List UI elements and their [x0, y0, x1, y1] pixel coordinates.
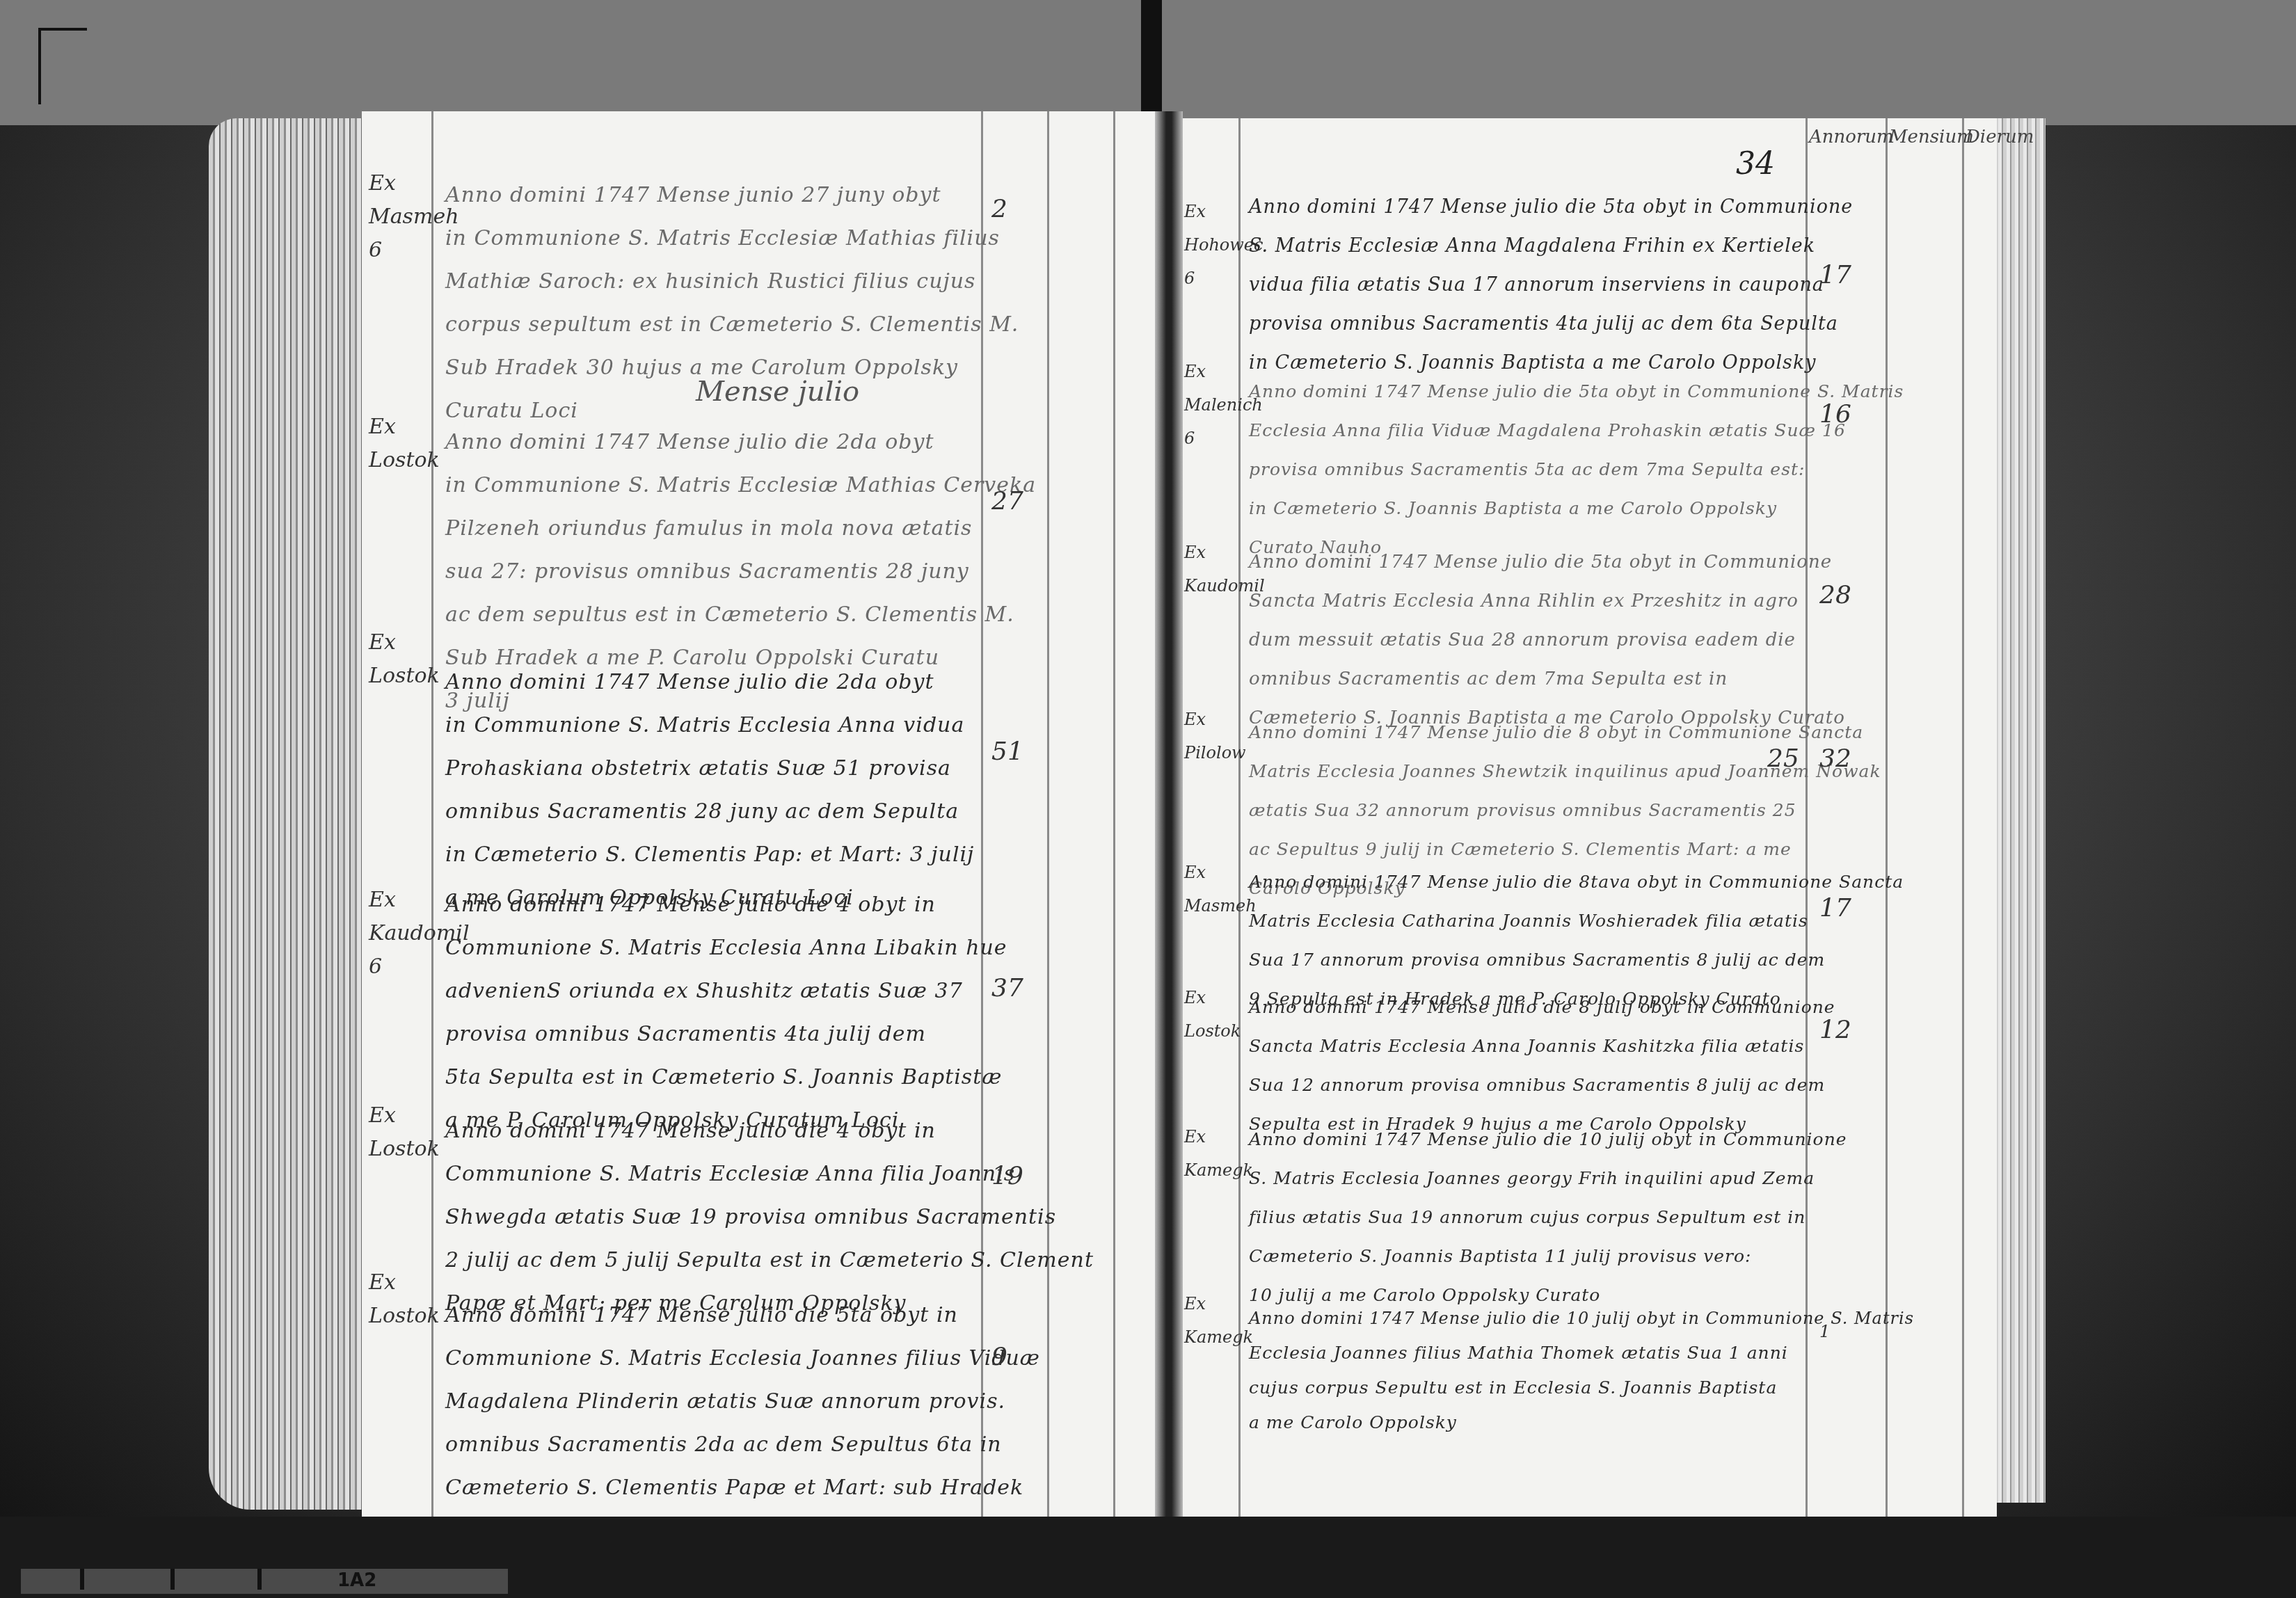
ruler-tick	[170, 1569, 175, 1590]
right-page: Annorum Mensium Dierum 34 ExHohowec6 Ann…	[1183, 118, 1997, 1517]
age-value: 12	[1819, 1016, 1851, 1044]
page-number: 34	[1736, 146, 1775, 182]
book-spine-gutter	[1155, 111, 1183, 1524]
register-entry: Anno domini 1747 Mense julio die 4 obyt …	[445, 884, 1007, 1142]
register-entry: Anno domini 1747 Mense julio die 4 obyt …	[445, 1110, 1094, 1325]
register-entry: Anno domini 1747 Mense julio die 5ta oby…	[1249, 188, 1853, 383]
age-value: 32	[1819, 744, 1851, 773]
scale-ruler: 1A2	[21, 1569, 508, 1594]
age-value: 17	[1819, 261, 1851, 289]
age-value-corrected: 25	[1767, 744, 1799, 773]
margin-place-note: ExPilolow	[1184, 703, 1246, 769]
age-value: 28	[1819, 581, 1851, 609]
ruler-tick	[257, 1569, 262, 1590]
ruler-tick	[80, 1569, 84, 1590]
age-value: 37	[991, 974, 1023, 1002]
age-value: 17	[1819, 894, 1851, 922]
book-left-page-edges	[209, 118, 376, 1510]
register-entry: Anno domini 1747 Mense julio die 5ta oby…	[1249, 543, 1845, 737]
age-value: 1	[1819, 1322, 1830, 1341]
column-header-years: Annorum	[1809, 127, 1894, 147]
margin-place-note: ExKamegk	[1184, 1287, 1253, 1354]
age-value: 27	[991, 487, 1023, 516]
age-value: 9	[991, 1343, 1007, 1371]
margin-place-note: ExLostok	[369, 1099, 440, 1166]
age-value: 51	[991, 737, 1023, 766]
film-top-strip	[0, 0, 2296, 125]
ruler-label: 1A2	[337, 1570, 376, 1591]
margin-place-note: ExLostok	[1184, 981, 1241, 1048]
book-right-page-edges	[1990, 118, 2046, 1503]
register-entry: Anno domini 1747 Mense julio die 10 juli…	[1249, 1301, 1914, 1440]
column-header-days: Dierum	[1966, 127, 2034, 147]
register-entry: Anno domini 1747 Mense julio die 10 juli…	[1249, 1120, 1847, 1315]
day-column-rule	[1113, 111, 1115, 1524]
register-entry: Anno domini 1747 Mense julio die 2da oby…	[445, 661, 974, 920]
margin-place-note: ExKamegk	[1184, 1120, 1253, 1187]
register-entry: Anno domini 1747 Mense junio 27 juny oby…	[445, 174, 1019, 433]
margin-place-note: ExLostok	[369, 410, 440, 477]
column-header-months: Mensium	[1889, 127, 1974, 147]
frame-seam	[1141, 0, 1162, 125]
register-entry: Anno domini 1747 Mense julio die 5ta oby…	[445, 1294, 1040, 1553]
age-value: 2	[991, 195, 1007, 223]
left-page: Mense julio ExMasmeh6 Anno domini 1747 M…	[362, 111, 1162, 1524]
age-value: 19	[991, 1162, 1023, 1190]
margin-place-note: ExMasmeh	[1184, 856, 1257, 922]
day-column-rule	[1962, 118, 1964, 1517]
register-entry: Anno domini 1747 Mense julio die 5ta oby…	[1249, 372, 1904, 567]
corner-crop-mark	[38, 28, 41, 104]
margin-place-note: ExLostok	[369, 1266, 440, 1333]
age-value: 16	[1819, 400, 1851, 429]
margin-place-note: ExLostok	[369, 626, 440, 693]
